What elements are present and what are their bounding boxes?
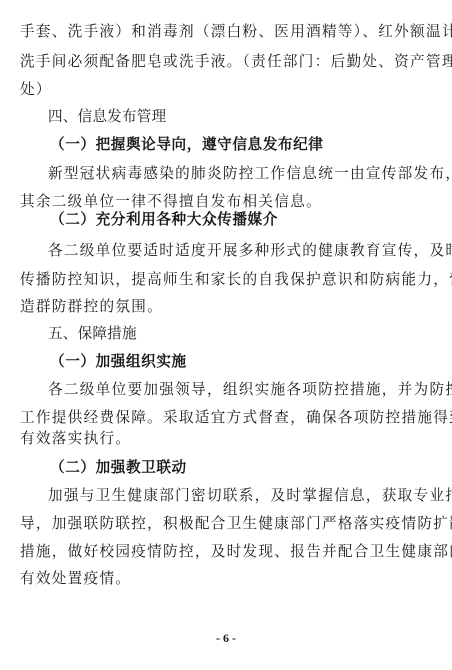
subsection-heading: （二）加强教卫联动: [50, 458, 452, 478]
body-line: 工作提供经费保障。采取适宜方式督查，确保各项防控措施得到: [20, 408, 432, 428]
body-line: 措施，做好校园疫情防控，及时发现、报告并配合卫生健康部门: [20, 542, 432, 562]
body-line: 各二级单位要适时适度开展多种形式的健康教育宣传，及时: [48, 241, 432, 261]
body-line: 加强与卫生健康部门密切联系，及时掌握信息，获取专业指: [48, 486, 432, 506]
subsection-heading: （一）加强组织实施: [50, 352, 452, 372]
subsection-heading: （二）充分利用各种大众传播媒介: [50, 210, 452, 230]
page-number: - 6 -: [0, 631, 452, 646]
section-heading-4: 四、信息发布管理: [48, 107, 452, 127]
body-line: 造群防群控的氛围。: [20, 297, 432, 317]
body-line: 有效处置疫情。: [20, 569, 432, 589]
subsection-heading: （一）把握舆论导向，遵守信息发布纪律: [50, 135, 452, 155]
section-heading-5: 五、保障措施: [48, 324, 452, 344]
body-line: 手套、洗手液）和消毒剂（漂白粉、医用酒精等）、红外额温计，: [20, 22, 432, 42]
document-page: 手套、洗手液）和消毒剂（漂白粉、医用酒精等）、红外额温计， 洗手间必须配备肥皂或…: [0, 0, 452, 670]
body-line: 处）: [20, 80, 432, 100]
body-line: 导，加强联防联控，积极配合卫生健康部门严格落实疫情防扩散: [20, 514, 432, 534]
body-line: 有效落实执行。: [20, 429, 432, 449]
body-line: 其余二级单位一律不得擅自发布相关信息。: [20, 192, 432, 212]
body-line: 各二级单位要加强领导，组织实施各项防控措施，并为防控: [48, 380, 432, 400]
body-line: 新型冠状病毒感染的肺炎防控工作信息统一由宣传部发布，: [48, 164, 432, 184]
body-line: 传播防控知识，提高师生和家长的自我保护意识和防病能力，营: [20, 270, 432, 290]
body-line: 洗手间必须配备肥皂或洗手液。（责任部门：后勤处、资产管理: [20, 52, 432, 72]
